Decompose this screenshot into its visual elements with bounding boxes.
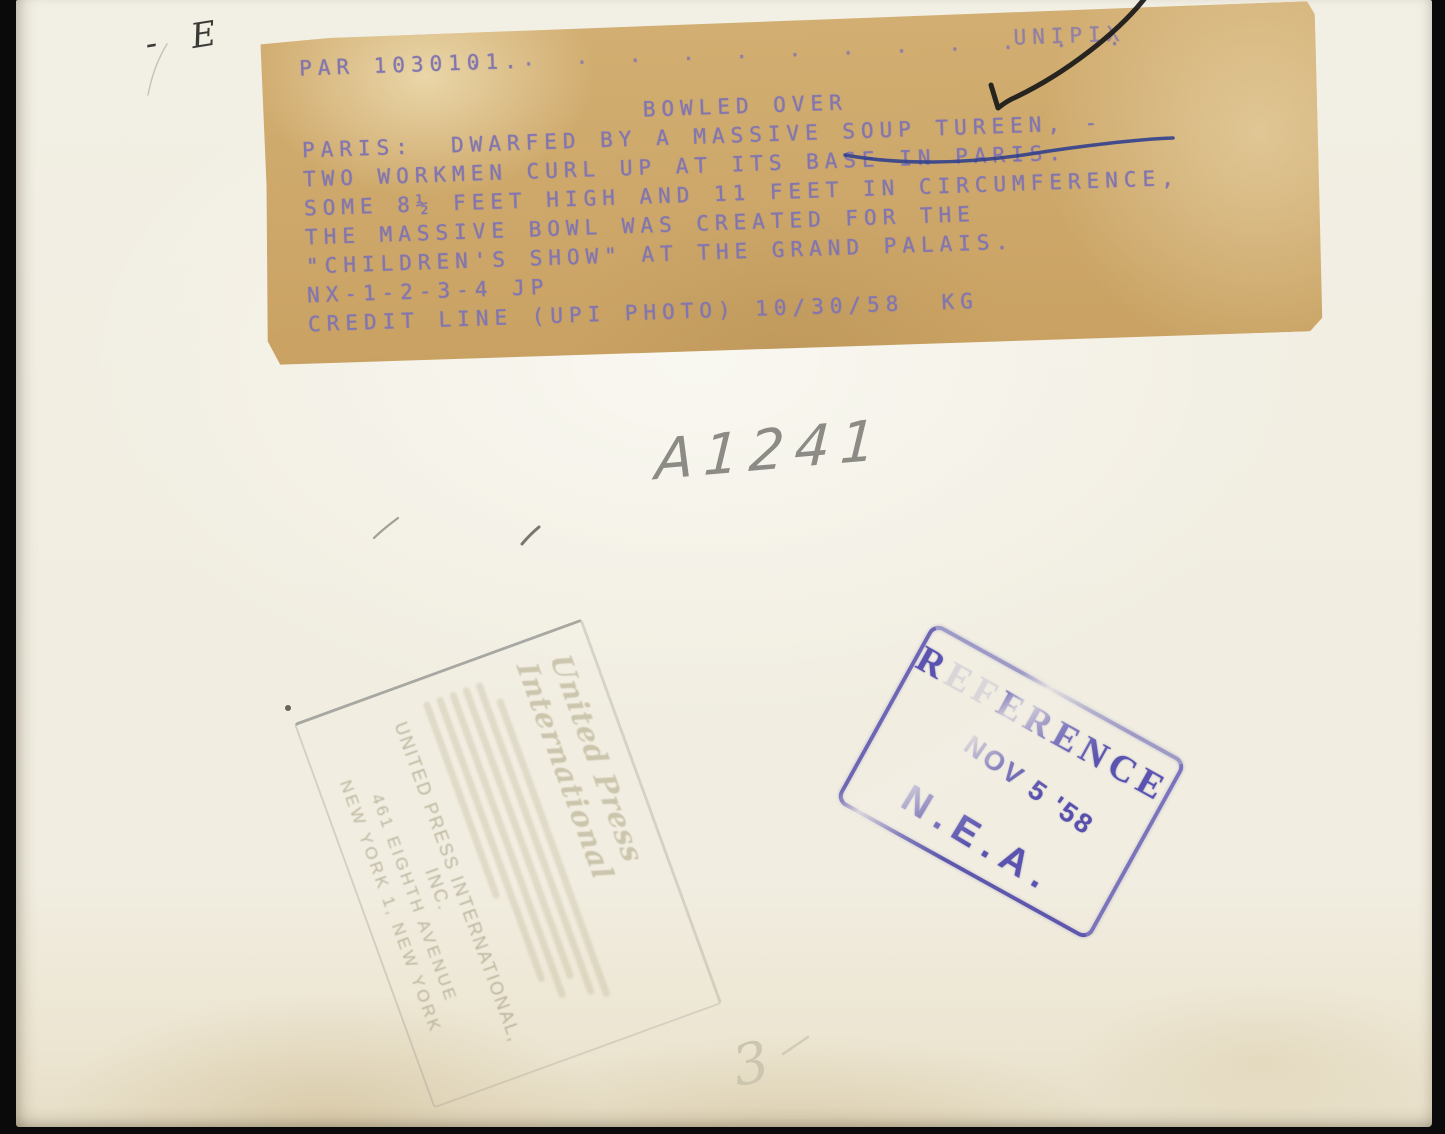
caption-label: PAR 1030101. . . . . . . . . . . . . . U… bbox=[255, 1, 1326, 368]
caption-agency-mark: UNIPIX bbox=[1013, 22, 1126, 50]
caption-line: NX-1-2-3-4 JP bbox=[307, 275, 550, 307]
photo-back-scan: - E A1241 3 United Press International U… bbox=[0, 0, 1445, 1134]
caption-title: BOWLED OVER bbox=[642, 90, 848, 121]
